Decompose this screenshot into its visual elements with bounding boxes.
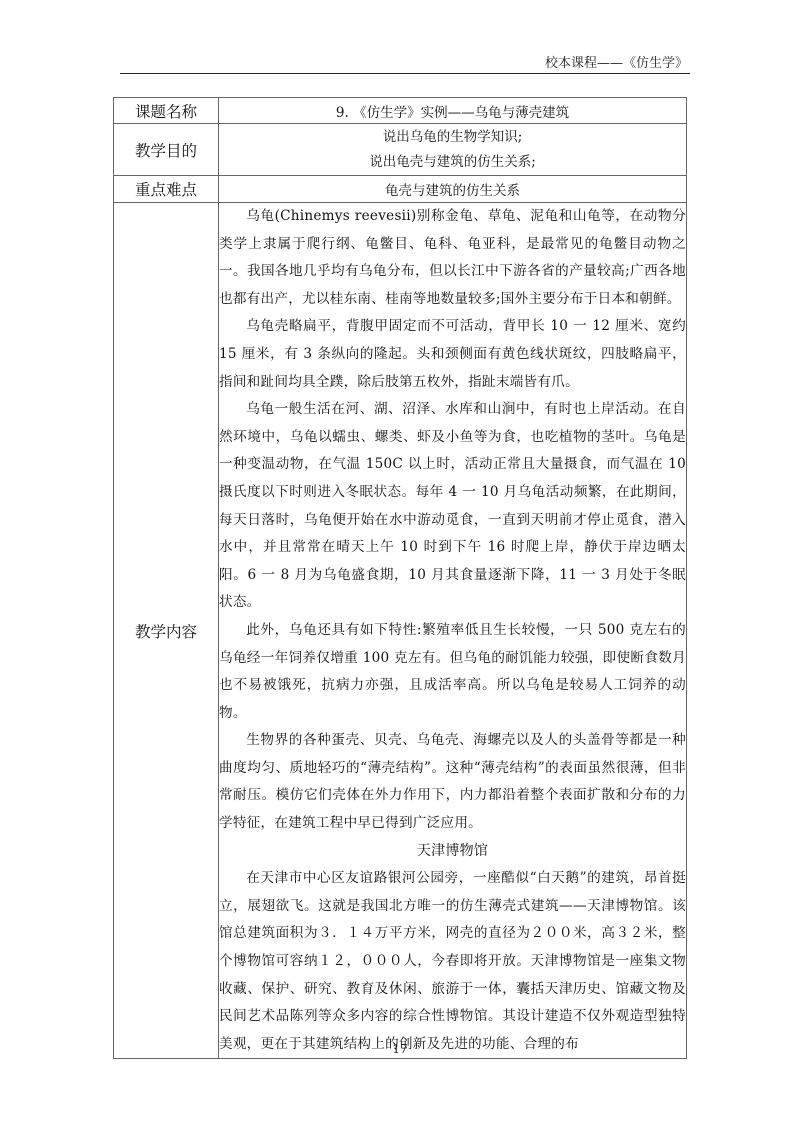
- goal-line: 说出龟壳与建筑的仿生关系;: [219, 150, 686, 175]
- content-paragraph: 在天津市中心区友谊路银河公园旁，一座酷似“白天鹅”的建筑，昂首挺立，展翅欲飞。这…: [219, 865, 686, 1058]
- content-paragraph: 乌龟一般生活在河、湖、沼泽、水库和山涧中，有时也上岸活动。在自然环境中，乌龟以蠕…: [219, 396, 686, 617]
- row-lesson-title: 课题名称 9. 《仿生学》实例——乌龟与薄壳建筑: [114, 98, 687, 124]
- lesson-plan-table: 课题名称 9. 《仿生学》实例——乌龟与薄壳建筑 教学目的 说出乌龟的生物学知识…: [113, 97, 687, 1059]
- header-course-title: 校本课程——《仿生学》: [545, 52, 688, 71]
- label-lesson-title: 课题名称: [114, 98, 219, 124]
- content-subheading: 天津博物馆: [219, 838, 686, 866]
- row-teaching-content: 教学内容 乌龟(Chinemys reevesii)别称金龟、草龟、泥龟和山龟等…: [114, 203, 687, 1059]
- value-lesson-title: 9. 《仿生学》实例——乌龟与薄壳建筑: [219, 98, 687, 124]
- goal-line: 说出乌龟的生物学知识;: [219, 125, 686, 150]
- page-number: 17: [0, 1042, 800, 1056]
- row-key-points: 重点难点 龟壳与建筑的仿生关系: [114, 176, 687, 203]
- content-paragraph: 乌龟(Chinemys reevesii)别称金龟、草龟、泥龟和山龟等，在动物分…: [219, 203, 686, 313]
- content-paragraph: 生物界的各种蛋壳、贝壳、乌龟壳、海螺壳以及人的头盖骨等都是一种曲度均匀、质地轻巧…: [219, 727, 686, 837]
- page-header: 校本课程——《仿生学》: [120, 50, 690, 74]
- row-teaching-goals: 教学目的 说出乌龟的生物学知识; 说出龟壳与建筑的仿生关系;: [114, 124, 687, 176]
- value-key-points: 龟壳与建筑的仿生关系: [219, 176, 687, 203]
- content-paragraph: 此外，乌龟还具有如下特性:繁殖率低且生长较慢，一只 500 克左右的乌龟经一年饲…: [219, 617, 686, 727]
- label-key-points: 重点难点: [114, 176, 219, 203]
- label-teaching-content: 教学内容: [114, 203, 219, 1059]
- label-teaching-goals: 教学目的: [114, 124, 219, 176]
- value-teaching-content: 乌龟(Chinemys reevesii)别称金龟、草龟、泥龟和山龟等，在动物分…: [219, 203, 687, 1059]
- value-teaching-goals: 说出乌龟的生物学知识; 说出龟壳与建筑的仿生关系;: [219, 124, 687, 176]
- content-paragraph: 乌龟壳略扁平，背腹甲固定而不可活动，背甲长 10 一 12 厘米、宽约 15 厘…: [219, 313, 686, 396]
